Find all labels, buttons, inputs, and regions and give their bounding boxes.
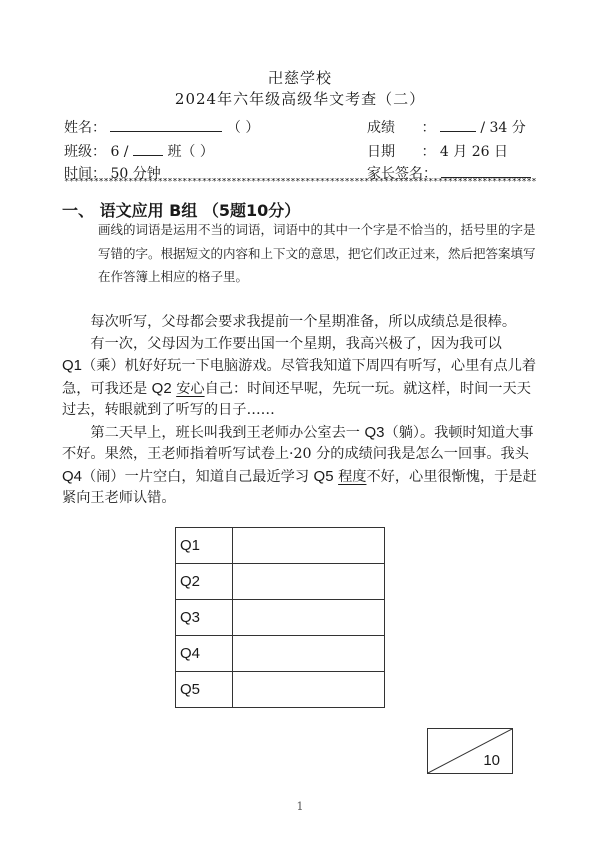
name-label: 姓名：	[64, 120, 106, 136]
page-number: 1	[0, 800, 600, 813]
section-score-box[interactable]: 10	[427, 728, 513, 774]
date-label: 日期	[367, 144, 395, 160]
passage-paragraph-2: 有一次，父母因为工作要出国一个星期，我高兴极了，因为我可以Q1（乘）机好好玩一下…	[62, 334, 540, 422]
answer-table: Q1 Q2 Q3 Q4 Q5	[175, 527, 385, 708]
passage-paragraph-3: 第二天早上，班长叫我到王老师办公室去一 Q3（躺）。我顿时知道大事不好。果然，王…	[62, 422, 540, 510]
score-label: 成绩	[367, 120, 395, 136]
answer-row-q2: Q2	[176, 564, 385, 600]
answer-label: Q3	[176, 600, 233, 636]
date-colon: ：	[421, 144, 435, 160]
date-row: 日期 ： 4 月 26 日	[367, 141, 508, 161]
class-field[interactable]	[133, 142, 163, 156]
star-divider: ****************************************…	[64, 178, 536, 187]
question-marker-q5: Q5	[314, 468, 334, 485]
exam-title: 2024年六年级高级华文考查（二）	[0, 88, 600, 109]
answer-cell-q1[interactable]	[233, 528, 385, 564]
answer-cell-q4[interactable]	[233, 636, 385, 672]
answer-cell-q2[interactable]	[233, 564, 385, 600]
answer-cell-q3[interactable]	[233, 600, 385, 636]
score-row: 成绩 ： / 34 分	[367, 117, 526, 137]
answer-cell-q5[interactable]	[233, 672, 385, 708]
answer-label: Q4	[176, 636, 233, 672]
answer-row-q1: Q1	[176, 528, 385, 564]
name-paren[interactable]: （ ）	[227, 120, 259, 136]
section-max-score: 10	[483, 752, 500, 769]
class-suffix[interactable]: 班（ ）	[167, 144, 213, 160]
name-field[interactable]	[110, 118, 222, 132]
underlined-word-q5: 程度	[338, 469, 366, 485]
class-prefix: 6 /	[110, 144, 128, 160]
passage-text: （闹）一片空白，知道自己最近学习	[82, 469, 309, 485]
answer-label: Q5	[176, 672, 233, 708]
answer-label: Q1	[176, 528, 233, 564]
score-total: / 34 分	[480, 120, 525, 136]
answer-row-q5: Q5	[176, 672, 385, 708]
passage-text: 有一次，父母因为工作要出国一个星期，我高兴极了，因为我可以	[90, 336, 501, 352]
answer-row-q3: Q3	[176, 600, 385, 636]
question-marker-q4: Q4	[62, 468, 82, 485]
passage-text: 第二天早上，班长叫我到王老师办公室去一	[90, 425, 360, 441]
name-row: 姓名： （ ）	[64, 117, 259, 137]
answer-label: Q2	[176, 564, 233, 600]
underlined-word-q2: 安心	[176, 381, 204, 397]
answer-row-q4: Q4	[176, 636, 385, 672]
score-colon: ：	[421, 120, 435, 136]
question-marker-q3: Q3	[364, 424, 384, 441]
class-row: 班级： 6 / 班（ ）	[64, 141, 214, 161]
section-instructions: 画线的词语是运用不当的词语，词语中的其中一个字是不恰当的，括号里的字是写错的字。…	[98, 218, 538, 289]
date-value: 4 月 26 日	[440, 144, 508, 160]
score-field[interactable]	[440, 118, 476, 132]
passage-paragraph-1: 每次听写，父母都会要求我提前一个星期准备，所以成绩总是很棒。	[62, 312, 540, 334]
class-label: 班级：	[64, 144, 106, 160]
parent-signature-field[interactable]	[441, 164, 531, 178]
question-marker-q1: Q1	[62, 357, 82, 374]
passage: 每次听写，父母都会要求我提前一个星期准备，所以成绩总是很棒。 有一次，父母因为工…	[62, 312, 540, 510]
question-marker-q2: Q2	[152, 380, 172, 397]
school-name: 卍慈学校	[0, 67, 600, 88]
